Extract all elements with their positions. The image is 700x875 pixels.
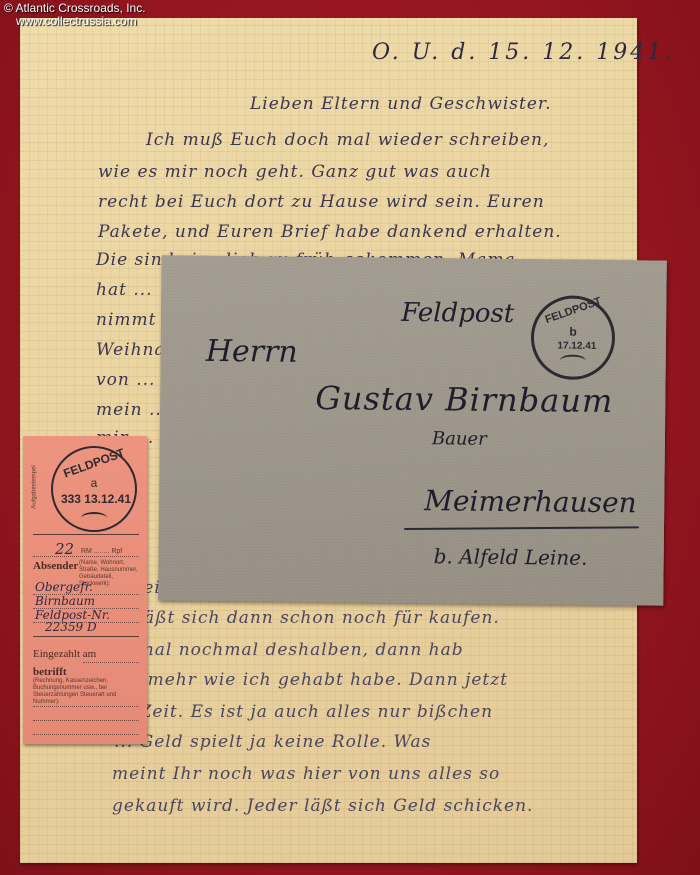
letter-line: Ich muß Euch doch mal wieder schreiben,: [146, 130, 549, 150]
receipt-sender-line-1: Obergefr.: [35, 580, 93, 594]
envelope-feldpost-marking: Feldpost: [401, 298, 514, 329]
feldpost-envelope: Feldpost FELDPOST b 17.12.41 Herrn Gusta…: [158, 255, 667, 605]
receipt-sender-line-4: 22359 D: [45, 620, 97, 634]
postmark-code: b: [534, 324, 612, 339]
receipt-concerns-hint: (Rechnung, Kassenzeichen, Buchungsnummer…: [33, 678, 141, 706]
envelope-region: b. Alfeld Leine.: [434, 544, 588, 570]
divider: [33, 534, 139, 535]
watermark-website: www.collectrussia.com: [4, 15, 146, 28]
receipt-sender-line-2: Birnbaum: [35, 594, 95, 608]
receipt-vertical-label: Aufgabestempel: [32, 465, 38, 508]
letter-line: meint Ihr noch was hier von uns alles so: [112, 764, 500, 784]
letter-line: recht bei Euch dort zu Hause wird sein. …: [98, 192, 545, 212]
divider: [83, 662, 139, 663]
letter-line: hat ...: [96, 280, 153, 300]
letter-line: mein ...: [96, 400, 168, 420]
eagle-icon: [81, 512, 107, 524]
postal-receipt: Aufgabestempel FELDPOST a 333 13.12.41 2…: [23, 436, 147, 744]
letter-line: gekauft wird. Jeder läßt sich Geld schic…: [112, 796, 533, 816]
receipt-amount-units: RM ........ Rpf: [81, 548, 122, 555]
letter-line: wie es mir noch geht. Ganz gut was auch: [98, 162, 492, 182]
watermark: © Atlantic Crossroads, Inc. www.collectr…: [4, 2, 146, 28]
receipt-concerns-label: betrifft: [33, 666, 67, 678]
divider: [33, 636, 139, 637]
letter-line: ... mal nochmal deshalben, dann hab: [112, 640, 464, 660]
letter-line: von ...: [96, 370, 155, 390]
envelope-recipient-occupation: Bauer: [432, 428, 487, 450]
envelope-postmark: FELDPOST b 17.12.41: [531, 295, 616, 380]
divider: [33, 706, 139, 707]
postmark-date: 17.12.41: [542, 340, 612, 352]
letter-date: O. U. d. 15. 12. 1941.: [372, 40, 674, 65]
letter-line: ... läßt sich dann schon noch für kaufen…: [112, 608, 500, 628]
divider: [33, 734, 139, 735]
envelope-recipient-name: Gustav Birnbaum: [315, 379, 613, 420]
receipt-paid-label: Eingezahlt am: [33, 648, 96, 660]
letter-line: Pakete, und Euren Brief habe dankend erh…: [98, 222, 562, 242]
letter-line: ... mehr wie ich gehabt habe. Dann jetzt: [122, 670, 508, 690]
receipt-sender-label: Absender: [33, 560, 78, 572]
eagle-icon: [560, 355, 586, 367]
postmark-date: 333 13.12.41: [57, 492, 135, 506]
letter-line: ... Zeit. Es ist ja auch alles nur bißch…: [114, 702, 493, 722]
divider: [33, 556, 139, 557]
postmark-code: a: [53, 476, 135, 490]
envelope-town: Meimerhausen: [424, 484, 637, 519]
receipt-postmark: FELDPOST a 333 13.12.41: [51, 446, 137, 532]
divider: [33, 720, 139, 721]
envelope-salutation: Herrn: [206, 334, 298, 370]
underline: [404, 526, 639, 530]
letter-line: ... Geld spielt ja keine Rolle. Was: [114, 732, 431, 752]
letter-greeting: Lieben Eltern und Geschwister.: [250, 94, 552, 114]
